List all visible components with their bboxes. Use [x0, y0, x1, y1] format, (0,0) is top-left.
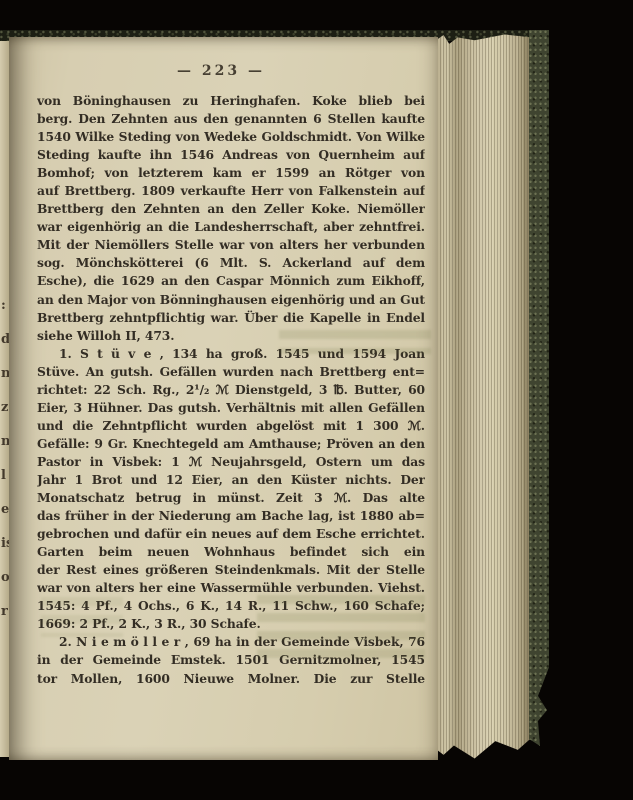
text-line: auf Brettberg. 1809 verkaufte Herr von F… [37, 182, 425, 200]
text-line: tor Mollen, 1600 Nieuwe Molner. Die zur … [37, 670, 425, 688]
text-line: und die Zehntpflicht wurden abgelöst mit… [37, 417, 425, 435]
facing-page-text-fragment: n [0, 357, 9, 391]
text-line: sog. Mönchskötterei (6 Mlt. S. Ackerland… [37, 254, 425, 272]
text-line: Mit der Niemöllers Stelle war von alters… [37, 236, 425, 254]
page-text: von Böninghausen zu Heringhafen. Koke bl… [37, 92, 425, 688]
facing-page-fragments: :dnznle,isto.r [0, 289, 9, 629]
text-line: Brettberg den Zehnten an den Zeller Koke… [37, 200, 425, 218]
facing-page-text-fragment: o. [0, 561, 9, 595]
paragraph-stueve: 1. S t ü v e , 134 ha groß. 1545 und 159… [37, 345, 425, 634]
text-line: Gefälle: 9 Gr. Knechtegeld am Amthause; … [37, 435, 425, 453]
text-line: 1545: 4 Pf., 4 Ochs., 6 K., 14 R., 11 Sc… [37, 597, 425, 615]
text-line: von Böninghausen zu Heringhafen. Koke bl… [37, 92, 425, 110]
book-page: — 223 — von Böninghausen zu Heringhafen.… [9, 37, 438, 760]
scanned-book-photo: :dnznle,isto.r — 223 — von Böninghausen … [0, 0, 633, 800]
text-line: Steding kaufte ihn 1546 Andreas von Quer… [37, 146, 425, 164]
facing-page-sliver: :dnznle,isto.r [0, 41, 9, 757]
paragraph-niemoeller: 2. N i e m ö l l e r , 69 ha in der Geme… [37, 633, 425, 687]
text-line: das früher in der Niederung am Bache lag… [37, 507, 425, 525]
paragraph-introduction: von Böninghausen zu Heringhafen. Koke bl… [37, 92, 425, 345]
book-page-stack-edge [437, 33, 531, 760]
text-line: siehe Willoh II, 473. [37, 327, 425, 345]
facing-page-text-fragment: z [0, 391, 9, 425]
text-line: gebrochen und dafür ein neues auf dem Es… [37, 525, 425, 543]
text-line: Pastor in Visbek: 1 ℳ Neujahrsgeld, Oste… [37, 453, 425, 471]
facing-page-text-fragment: r [0, 595, 9, 629]
text-line: Bomhof; von letzterem kam er 1599 an Röt… [37, 164, 425, 182]
text-line: 1. S t ü v e , 134 ha groß. 1545 und 159… [37, 345, 425, 363]
text-line: Jahr 1 Brot und 12 Eier, an den Küster n… [37, 471, 425, 489]
text-line: berg. Den Zehnten aus den genannten 6 St… [37, 110, 425, 128]
page-number: — 223 — [27, 63, 415, 79]
text-line: der Rest eines größeren Steindenkmals. M… [37, 561, 425, 579]
text-line: Esche), die 1629 an den Caspar Mönnich z… [37, 272, 425, 290]
text-line: Brettberg zehntpflichtig war. Über die K… [37, 309, 425, 327]
book-cover-fore-edge [529, 30, 549, 746]
text-line: 1669: 2 Pf., 2 K., 3 R., 30 Schafe. [37, 615, 425, 633]
facing-page-text-fragment: n [0, 425, 9, 459]
text-line: Eier, 3 Hühner. Das gutsh. Verhältnis mi… [37, 399, 425, 417]
facing-page-text-fragment: d [0, 323, 9, 357]
text-line: 1540 Wilke Steding von Wedeke Goldschmid… [37, 128, 425, 146]
text-line: war eigenhörig an die Landesherrschaft, … [37, 218, 425, 236]
facing-page-text-fragment: l [0, 459, 9, 493]
page-content: — 223 — von Böninghausen zu Heringhafen.… [9, 37, 438, 760]
text-line: richtet: 22 Sch. Rg., 2¹/₂ ℳ Dienstgeld,… [37, 381, 425, 399]
text-line: Garten beim neuen Wohnhaus befindet sich… [37, 543, 425, 561]
facing-page-text-fragment: ist [0, 527, 9, 561]
text-line: war von alters her eine Wassermühle verb… [37, 579, 425, 597]
text-line: in der Gemeinde Emstek. 1501 Gernitzmoln… [37, 651, 425, 669]
facing-page-text-fragment: e, [0, 493, 9, 527]
text-line: 2. N i e m ö l l e r , 69 ha in der Geme… [37, 633, 425, 651]
facing-page-text-fragment: : [0, 289, 9, 323]
text-line: an den Major von Bönninghausen eigenhöri… [37, 291, 425, 309]
text-line: Monatschatz betrug in münst. Zeit 3 ℳ. D… [37, 489, 425, 507]
text-line: Stüve. An gutsh. Gefällen wurden nach Br… [37, 363, 425, 381]
